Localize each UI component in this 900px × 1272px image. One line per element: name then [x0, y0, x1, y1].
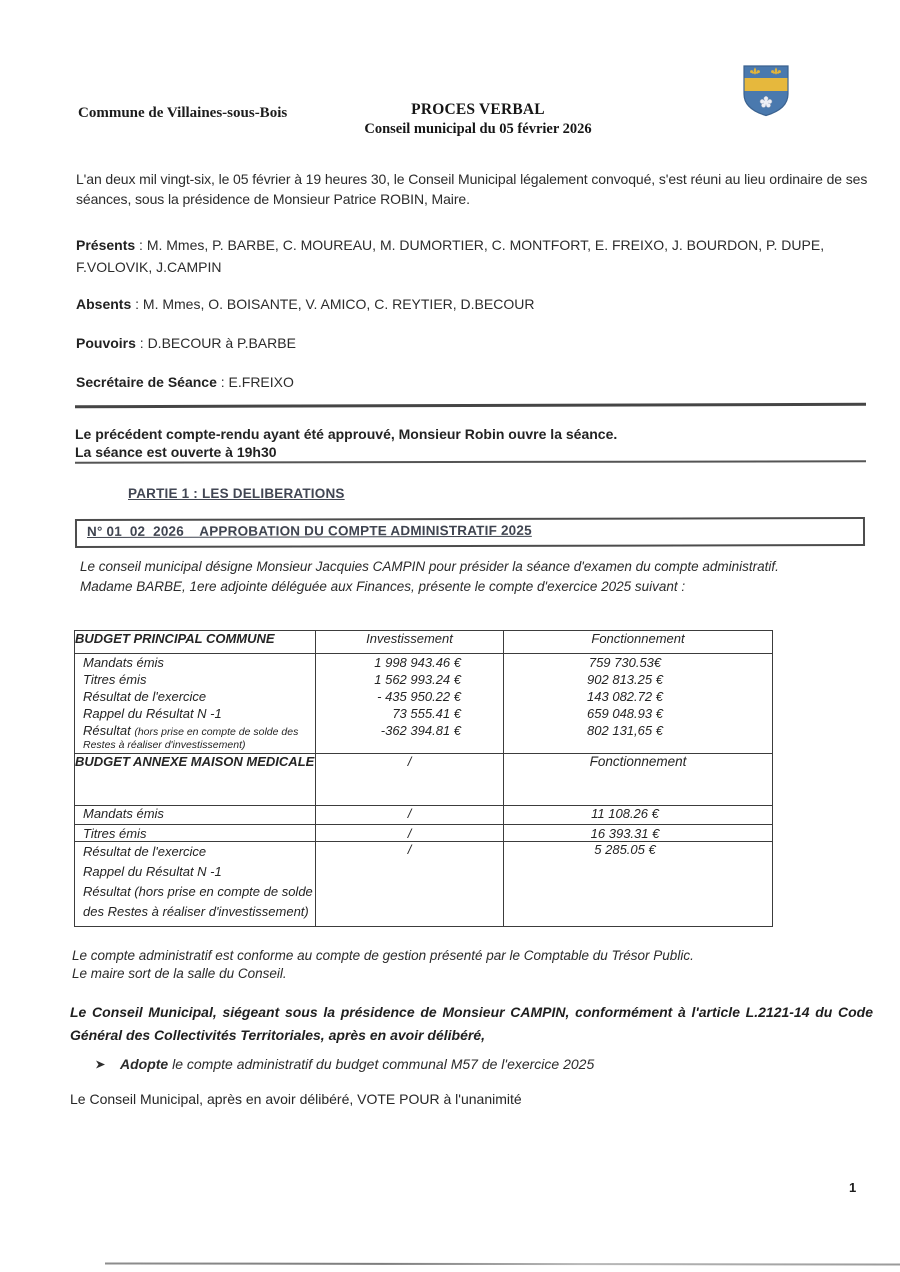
fonct-value: 5 285.05 €: [504, 842, 773, 927]
principal-invest-cell: 1 998 943.46 € 1 562 993.24 € - 435 950.…: [316, 654, 504, 754]
row-label: Résultat de l'exercice: [75, 688, 315, 705]
decision-bullet: Adopte le compte administratif du budget…: [95, 1056, 594, 1072]
secretaire-value: : E.FREIXO: [217, 374, 294, 390]
annexe-row-titres: Titres émis / 16 393.31 €: [75, 825, 773, 842]
absents-label: Absents: [76, 296, 131, 312]
presents-label: Présents: [76, 237, 135, 253]
conforme-line: Le compte administratif est conforme au …: [72, 948, 694, 963]
annexe-col-invest: /: [316, 754, 504, 806]
opened-line: La séance est ouverte à 19h30: [75, 444, 277, 460]
row-label: Titres émis: [75, 825, 316, 842]
col-header-fonctionnement: Fonctionnement: [504, 631, 773, 654]
col-header-investissement: Investissement: [316, 631, 504, 654]
row-label-small: (hors prise en compte de solde des: [134, 726, 298, 738]
row-label-small: Restes à réaliser d'investissement): [75, 739, 315, 753]
commune-name: Commune de Villaines-sous-Bois: [78, 105, 287, 122]
fonct-value: 143 082.72 €: [504, 688, 772, 705]
budget-principal-title: BUDGET PRINCIPAL COMMUNE: [75, 631, 316, 654]
row-label-multiline: Résultat de l'exercice Rappel du Résulta…: [75, 842, 316, 927]
page-number: 1: [849, 1180, 856, 1195]
invest-value: 1 998 943.46 €: [316, 654, 503, 671]
deliberation-title: N° 01 02 2026 APPROBATION DU COMPTE ADMI…: [87, 523, 532, 539]
document-title-block: PROCES VERBAL Conseil municipal du 05 fé…: [260, 101, 696, 138]
pouvoirs-line: Pouvoirs : D.BECOUR à P.BARBE: [76, 332, 882, 354]
invest-value: - 435 950.22 €: [316, 688, 503, 705]
coat-of-arms-icon: [742, 64, 790, 117]
fonct-value: 16 393.31 €: [504, 825, 773, 842]
pouvoirs-label: Pouvoirs: [76, 335, 136, 351]
row-label: Mandats émis: [75, 654, 315, 671]
principal-data-row: Mandats émis Titres émis Résultat de l'e…: [75, 654, 773, 754]
document-page: Commune de Villaines-sous-Bois PROCES VE…: [0, 0, 900, 1272]
part1-heading: PARTIE 1 : LES DELIBERATIONS: [128, 486, 345, 501]
annexe-row-mandats: Mandats émis / 11 108.26 €: [75, 806, 773, 825]
opening-paragraph: L'an deux mil vingt-six, le 05 février à…: [76, 170, 873, 209]
divider-line-top: [75, 403, 866, 408]
principal-labels-cell: Mandats émis Titres émis Résultat de l'e…: [75, 654, 316, 754]
deliberation-paragraph: Le Conseil Municipal, siégeant sous la p…: [70, 1001, 873, 1046]
invest-value: /: [316, 825, 504, 842]
row-label: Rappel du Résultat N -1: [75, 705, 315, 722]
row-label: Rappel du Résultat N -1: [75, 862, 315, 882]
fonct-value: 902 813.25 €: [504, 671, 772, 688]
maire-line: Le maire sort de la salle du Conseil.: [72, 966, 287, 981]
row-label: des Restes à réaliser d'investissement): [75, 902, 315, 922]
decision-text: le compte administratif du budget commun…: [168, 1056, 594, 1072]
fonct-value: 659 048.93 €: [504, 705, 772, 722]
absents-line: Absents : M. Mmes, O. BOISANTE, V. AMICO…: [76, 293, 882, 315]
budget-table: BUDGET PRINCIPAL COMMUNE Investissement …: [74, 630, 773, 927]
row-label: Résultat (hors prise en compte de solde …: [75, 722, 315, 739]
invest-value: 73 555.41 €: [316, 705, 503, 722]
invest-value: /: [316, 806, 504, 825]
vote-line: Le Conseil Municipal, après en avoir dél…: [70, 1091, 522, 1107]
annexe-row-resultat: Résultat de l'exercice Rappel du Résulta…: [75, 842, 773, 927]
fonct-value: 759 730.53€: [504, 654, 772, 671]
fonct-value: 802 131,65 €: [504, 722, 772, 739]
divider-line-bottom: [75, 460, 866, 463]
deliberation-intro-line1: Le conseil municipal désigne Monsieur Ja…: [80, 559, 779, 574]
invest-value: -362 394.81 €: [316, 722, 503, 739]
presents-value: : M. Mmes, P. BARBE, C. MOUREAU, M. DUMO…: [76, 237, 824, 275]
row-label: Titres émis: [75, 671, 315, 688]
fonct-value: 11 108.26 €: [504, 806, 773, 825]
annexe-header-row: BUDGET ANNEXE MAISON MEDICALE / Fonction…: [75, 754, 773, 806]
document-subtitle: Conseil municipal du 05 février 2026: [260, 121, 696, 138]
deliberation-title-box: N° 01 02 2026 APPROBATION DU COMPTE ADMI…: [75, 517, 865, 548]
row-label-main: Résultat: [83, 723, 131, 738]
absents-value: : M. Mmes, O. BOISANTE, V. AMICO, C. REY…: [131, 296, 534, 312]
deliberation-intro-line2: Madame BARBE, 1ere adjointe déléguée aux…: [80, 579, 685, 594]
budget-annexe-title: BUDGET ANNEXE MAISON MEDICALE: [75, 754, 316, 806]
scan-edge-artifact: [105, 1262, 900, 1265]
secretaire-line: Secrétaire de Séance : E.FREIXO: [76, 371, 882, 393]
table-header-row: BUDGET PRINCIPAL COMMUNE Investissement …: [75, 631, 773, 654]
annexe-col-fonct: Fonctionnement: [504, 754, 773, 806]
secretaire-label: Secrétaire de Séance: [76, 374, 217, 390]
row-label: Résultat de l'exercice: [75, 842, 315, 862]
row-label: Mandats émis: [75, 806, 316, 825]
document-title: PROCES VERBAL: [260, 101, 696, 119]
invest-value: 1 562 993.24 €: [316, 671, 503, 688]
invest-value: /: [316, 842, 504, 927]
presents-line: Présents : M. Mmes, P. BARBE, C. MOUREAU…: [76, 234, 882, 278]
arrow-bullet-icon: [95, 1059, 106, 1070]
decision-verb: Adopte: [120, 1056, 168, 1072]
pouvoirs-value: : D.BECOUR à P.BARBE: [136, 335, 296, 351]
row-label: Résultat (hors prise en compte de solde: [75, 882, 315, 902]
approval-line: Le précédent compte-rendu ayant été appr…: [75, 426, 617, 442]
principal-fonct-cell: 759 730.53€ 902 813.25 € 143 082.72 € 65…: [504, 654, 773, 754]
